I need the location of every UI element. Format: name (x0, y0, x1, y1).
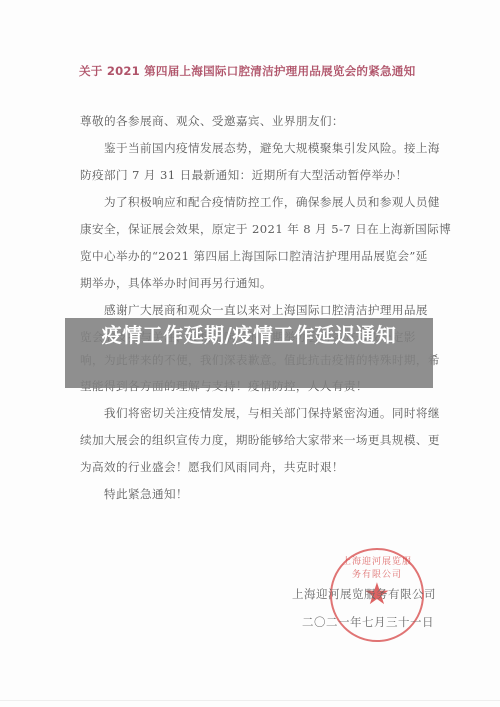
paragraph-line: 特此紧急通知！ (104, 486, 188, 502)
paragraph-line: 防疫部门 7 月 31 日最新通知：近期所有大型活动暂停举办！ (80, 167, 408, 183)
paragraph-line: 续加大展会的组织宣传力度，期盼能够给大家带来一场更具规模、更 (80, 432, 440, 448)
notice-title: 关于 2021 第四届上海国际口腔清洁护理用品展览会的紧急通知 (79, 63, 439, 79)
paragraph-line: 鉴于当前国内疫情发展态势，避免大规模聚集引发风险。接上海 (104, 140, 440, 156)
paragraph-line: 为了积极响应和配合疫情防控工作，确保参展人员和参观人员健 (104, 194, 440, 210)
greeting: 尊敬的各参展商、观众、受邀嘉宾、业界朋友们： (80, 113, 344, 129)
divider (0, 700, 500, 701)
paragraph-line: 康安全，保证展会效果，原定于 2021 年 8 月 5-7 日在上海新国际博 (80, 221, 451, 237)
paragraph-line: 我们将密切关注疫情发展，与相关部门保持紧密沟通。同时将继 (104, 405, 440, 421)
paragraph-line: 期举办，具体举办时间再另行通知。 (80, 275, 272, 291)
paragraph-line: 感谢广大展商和观众一直以来对上海国际口腔清洁护理用品展 (104, 302, 428, 318)
caption-text: 疫情工作延期/疫情工作延迟通知 (65, 322, 433, 349)
signature-date: 二〇二一年七月三十一日 (302, 614, 434, 630)
signature-company: 上海迎河展览服务有限公司 (292, 586, 436, 602)
paragraph-line: 为高效的行业盛会！愿我们风雨同舟，共克时艰！ (80, 459, 344, 475)
paragraph-line: 览中心举办的“2021 第四届上海国际口腔清洁护理用品展览会”延 (80, 248, 428, 264)
